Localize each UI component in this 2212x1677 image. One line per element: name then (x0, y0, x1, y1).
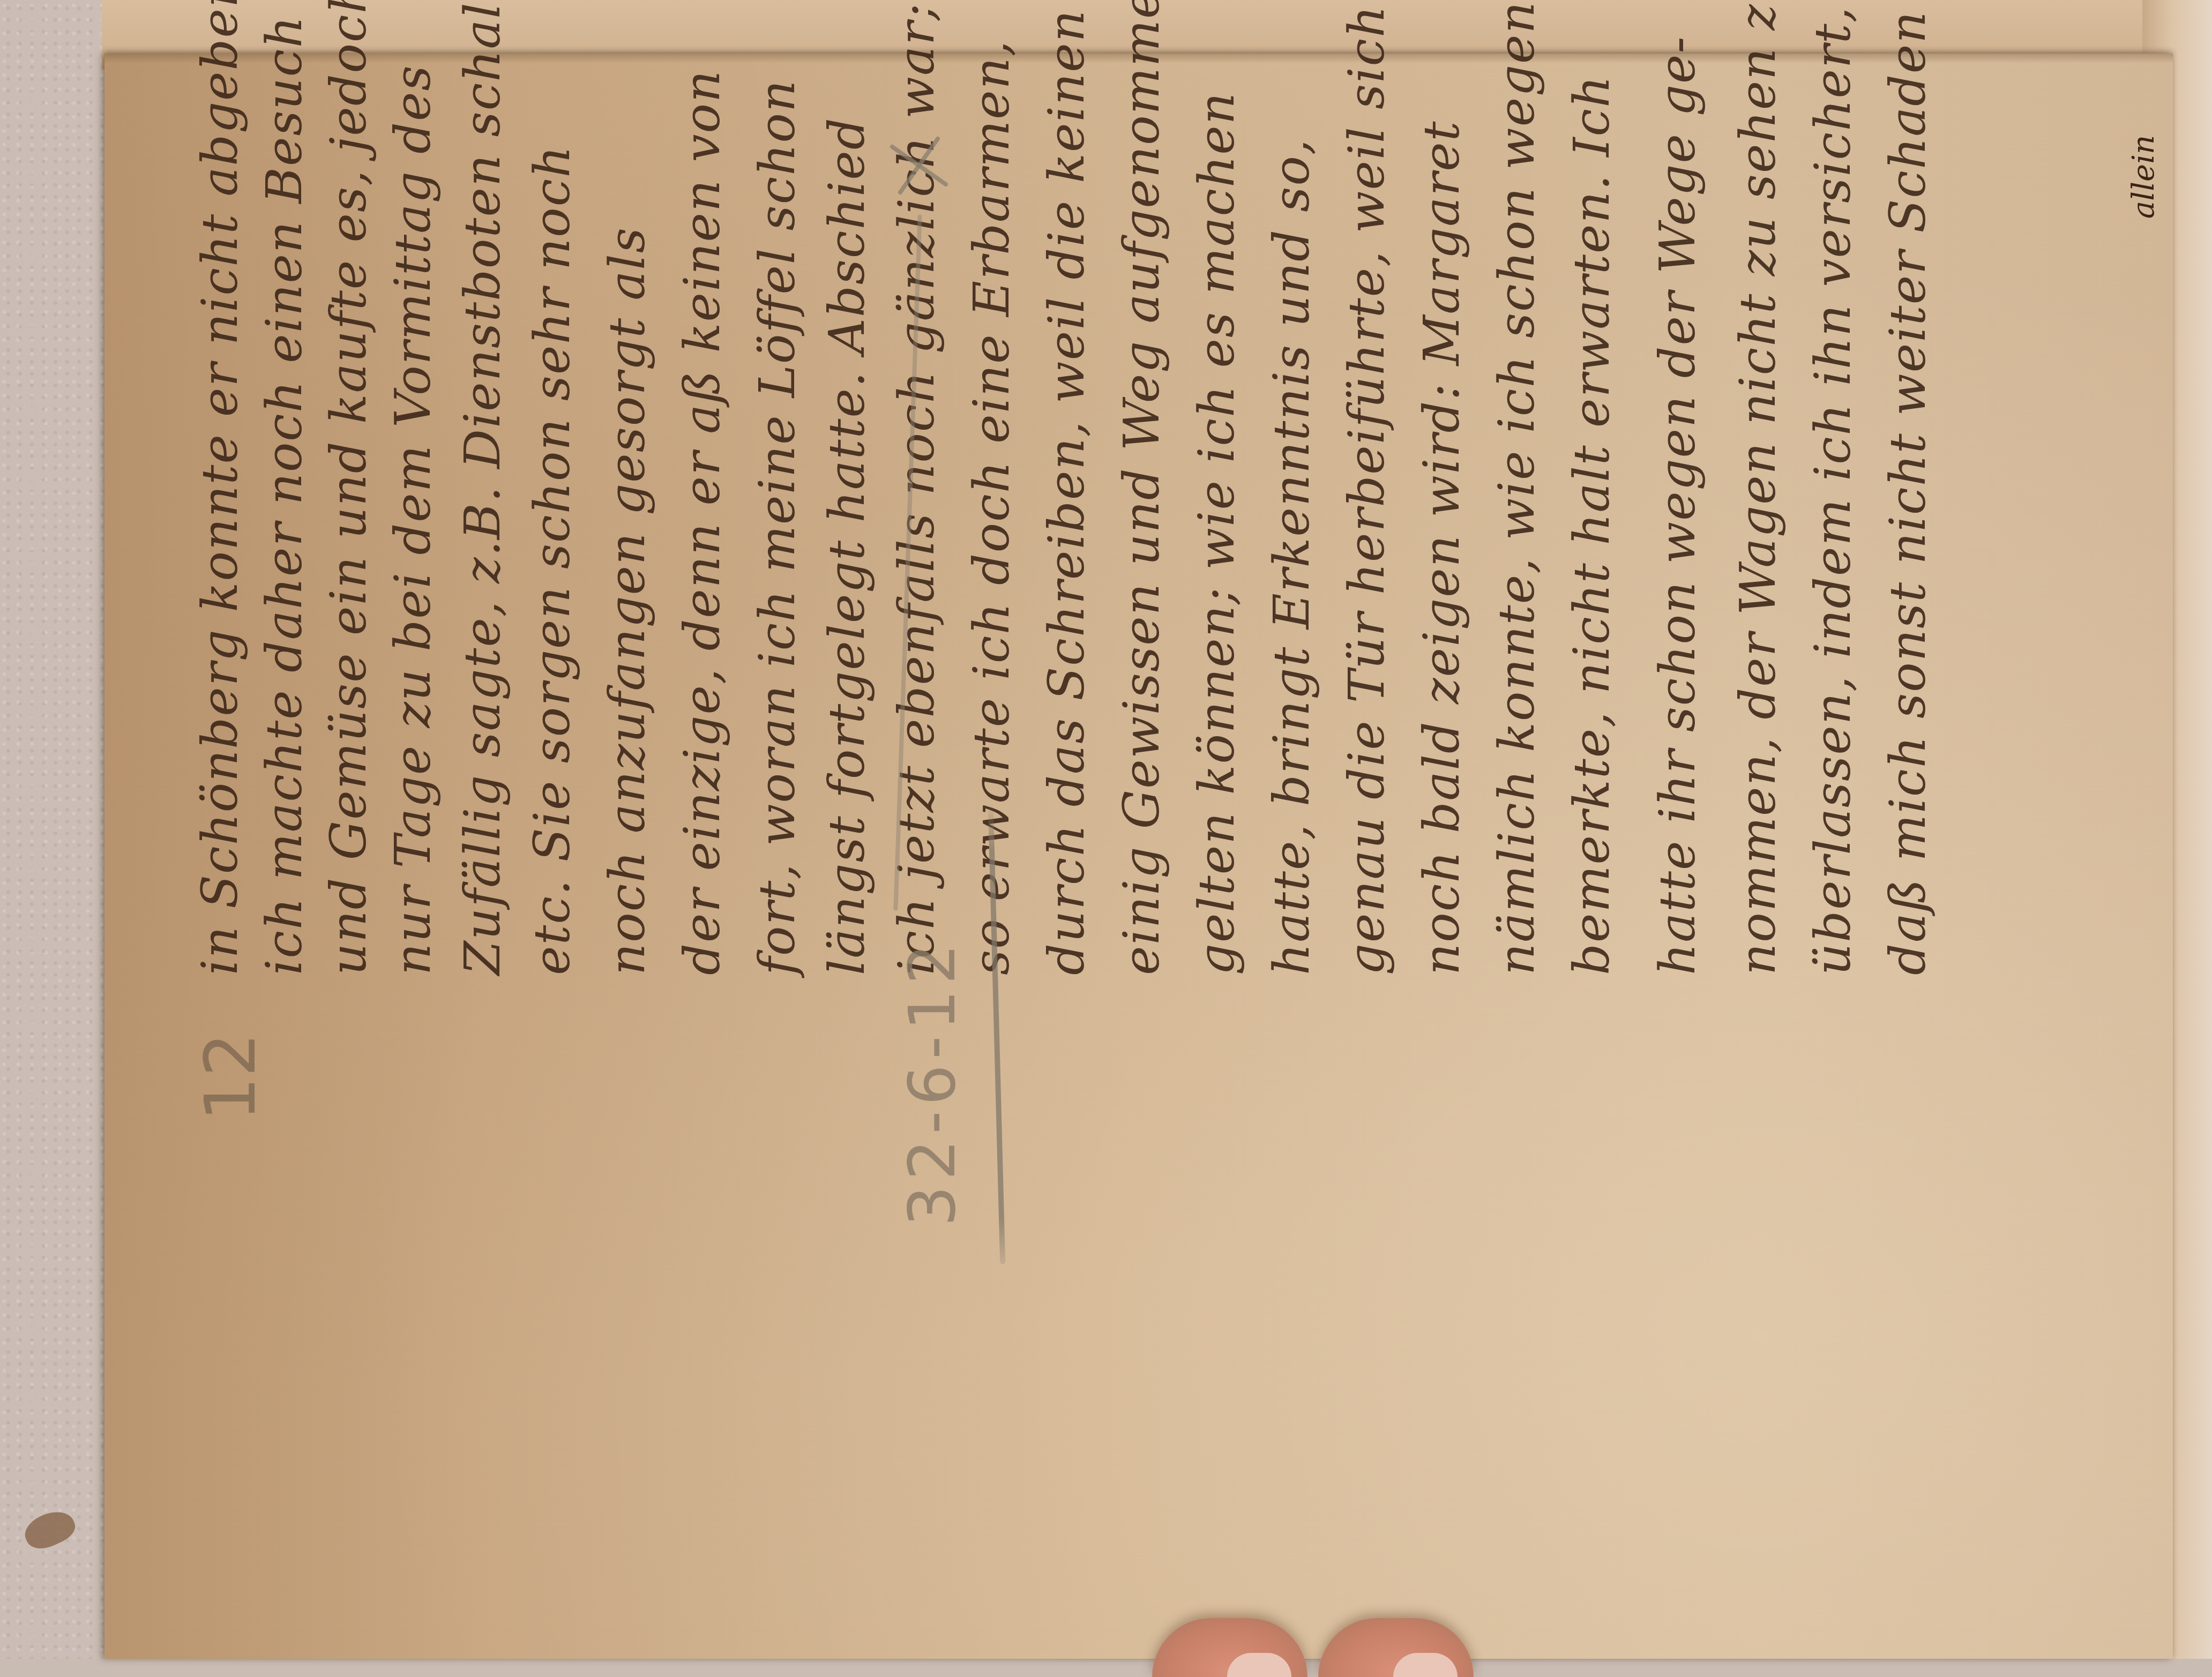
page-number-text: 12 (190, 1032, 271, 1121)
catchword: allein (2122, 118, 2165, 236)
text-line-content: durch das Schreiben, weil die keinen (1038, 64, 1095, 975)
text-line: noch anzufangen gesorgt als (584, 64, 670, 975)
text-line-content: und Gemüse ein und kaufte es, jedoch (320, 64, 377, 975)
text-line: ich jetzt ebenfalls noch gänzlich war; (873, 64, 959, 975)
text-line: bemerkte, nicht halt erwarten. Ich (1549, 64, 1634, 975)
text-line-content: noch bald zeigen wird: Margaret (1413, 64, 1470, 975)
text-line: nommen, der Wagen nicht zu sehen zu (1715, 64, 1800, 975)
text-line: durch das Schreiben, weil die keinen (1023, 64, 1109, 975)
pencil-x-mark-icon (879, 134, 954, 198)
text-line-content: nur Tage zu bei dem Vormittag des (384, 64, 442, 975)
fingernail (1393, 1653, 1458, 1659)
text-line: der einzige, denn er aß keinen von (659, 64, 745, 975)
finger (1318, 1618, 1474, 1659)
text-line-content: in Schönberg konnte er nicht abgeben, (191, 64, 249, 975)
text-line: überlassen, indem ich ihn versichert, (1790, 64, 1875, 975)
text-line-content: genau die Tür herbeiführte, weil sich (1338, 64, 1395, 975)
text-line-content: noch anzufangen gesorgt als (599, 64, 656, 975)
text-line: hatte ihr schon wegen der Wege ge- (1634, 64, 1720, 975)
page-number: 12 (198, 1018, 263, 1136)
text-line-content: hatte, bringt Erkenntnis und so, (1263, 64, 1320, 975)
text-line-content: daß mich sonst nicht weiter Schaden leid… (1879, 64, 1937, 975)
text-line: gelten können; wie ich es machen (1174, 64, 1259, 975)
text-line-content: Zufällig sagte, z.B. Dienstboten schalte… (454, 64, 511, 975)
text-line-content: der einzige, denn er aß keinen von (674, 64, 731, 975)
text-line: noch bald zeigen wird: Margaret (1399, 64, 1484, 975)
text-line-content: nämlich konnte, wie ich schon wegen (1488, 64, 1545, 975)
text-line-content: überlassen, indem ich ihn versichert, (1804, 64, 1862, 975)
text-line: etc. Sie sorgen schon sehr noch (509, 64, 595, 975)
holding-fingers (1152, 1613, 1484, 1659)
fingernail (1227, 1653, 1291, 1659)
text-line-content: ich machte daher noch einen Besuch (256, 64, 313, 975)
finger (1152, 1618, 1307, 1659)
text-line-content: fort, woran ich meine Löffel schon (749, 64, 806, 975)
text-line-content: nommen, der Wagen nicht zu sehen zu (1729, 64, 1787, 975)
text-line: genau die Tür herbeiführte, weil sich (1324, 64, 1409, 975)
pencil-date-annotation: 32-6-12 (890, 922, 975, 1243)
text-line-content: bemerkte, nicht halt erwarten. Ich (1563, 64, 1620, 975)
handwritten-text-block: in Schönberg konnte er nicht abgeben, ic… (177, 64, 2159, 975)
text-line-content: etc. Sie sorgen schon sehr noch (524, 64, 581, 975)
text-line: nämlich konnte, wie ich schon wegen (1474, 64, 1559, 975)
pencil-date-text: 32-6-12 (895, 938, 970, 1226)
text-line-content: gelten können; wie ich es machen (1188, 64, 1245, 975)
text-line-content: einig Gewissen und Weg aufgenommen, (1113, 64, 1170, 975)
text-line: einig Gewissen und Weg aufgenommen, (1098, 64, 1184, 975)
text-line-content: längst fortgelegt hatte. Abschied (818, 64, 876, 975)
text-line: hatte, bringt Erkenntnis und so, (1249, 64, 1334, 975)
text-line: daß mich sonst nicht weiter Schaden leid… (1865, 64, 1951, 975)
catchword-text: allein (2126, 135, 2161, 219)
text-line-content: hatte ihr schon wegen der Wege ge- (1649, 64, 1706, 975)
